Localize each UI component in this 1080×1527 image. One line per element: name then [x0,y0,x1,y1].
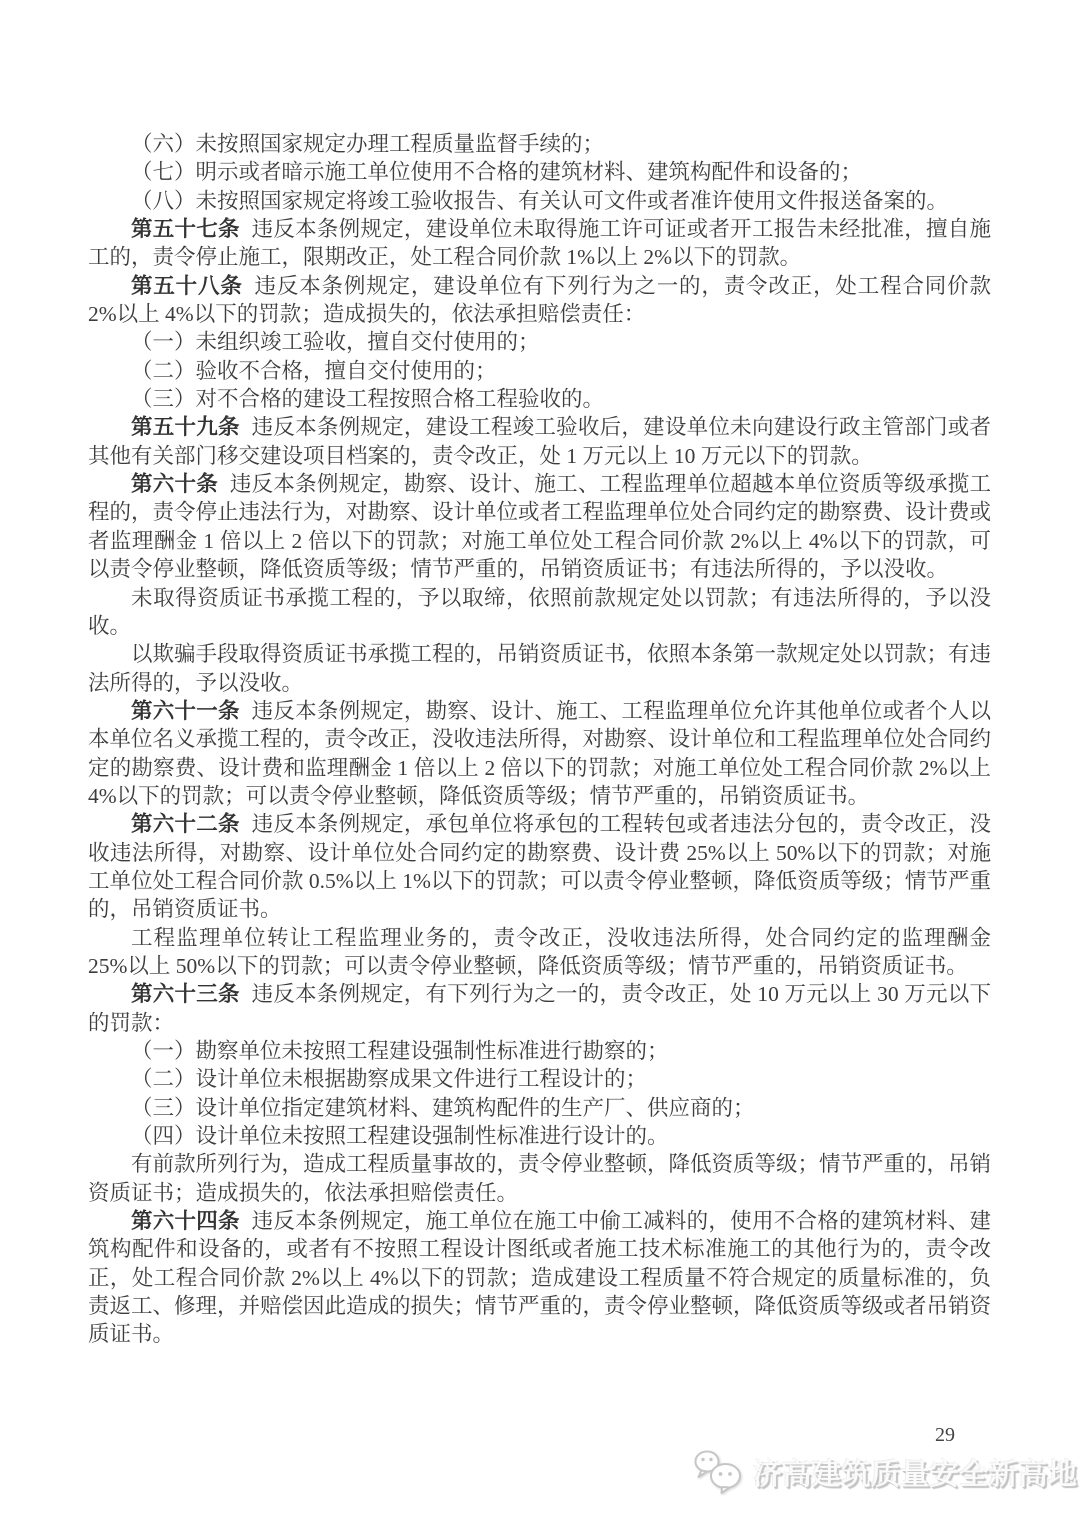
paragraph: （一）勘察单位未按照工程建设强制性标准进行勘察的； [88,1037,991,1065]
article-number: 第五十八条 [131,274,243,298]
paragraph-text: 工程监理单位转让工程监理业务的，责令改正，没收违法所得，处合同约定的监理酬金 2… [88,926,991,978]
paragraph: （三）对不合格的建设工程按照合格工程验收的。 [88,385,991,413]
paragraph: 第六十条违反本条例规定，勘察、设计、施工、工程监理单位超越本单位资质等级承揽工程… [88,470,991,583]
paragraph-text: （二）验收不合格，擅自交付使用的； [131,359,497,383]
article-number: 第六十条 [131,472,218,496]
watermark: 济高建筑质量安全新高地 [692,1448,1078,1496]
paragraph: 未取得资质证书承揽工程的，予以取缔，依照前款规定处以罚款；有违法所得的，予以没收… [88,584,991,641]
paragraph: 第六十四条违反本条例规定，施工单位在施工中偷工减料的，使用不合格的建筑材料、建筑… [88,1207,991,1349]
paragraph: 第五十七条违反本条例规定，建设单位未取得施工许可证或者开工报告未经批准，擅自施工… [88,215,991,272]
paragraph-text: （二）设计单位未根据勘察成果文件进行工程设计的； [131,1067,647,1091]
paragraph-text: （三）对不合格的建设工程按照合格工程验收的。 [131,387,604,411]
paragraph: 第五十八条违反本条例规定，建设单位有下列行为之一的，责令改正，处工程合同价款 2… [88,272,991,329]
document-page: （六）未按照国家规定办理工程质量监督手续的； （七）明示或者暗示施工单位使用不合… [0,0,1080,1527]
paragraph-text: （六）未按照国家规定办理工程质量监督手续的； [131,132,604,156]
article-number: 第六十三条 [131,982,240,1006]
page-number: 29 [925,1424,965,1447]
paragraph: （二）设计单位未根据勘察成果文件进行工程设计的； [88,1065,991,1093]
paragraph: （八）未按照国家规定将竣工验收报告、有关认可文件或者准许使用文件报送备案的。 [88,187,991,215]
watermark-text: 济高建筑质量安全新高地 [753,1452,1078,1493]
paragraph: 第五十九条违反本条例规定，建设工程竣工验收后，建设单位未向建设行政主管部门或者其… [88,413,991,470]
document-body: （六）未按照国家规定办理工程质量监督手续的； （七）明示或者暗示施工单位使用不合… [88,130,991,1349]
paragraph-text: 以欺骗手段取得资质证书承揽工程的，吊销资质证书，依照本条第一款规定处以罚款；有违… [88,642,991,694]
paragraph: （一）未组织竣工验收，擅自交付使用的； [88,328,991,356]
paragraph-text: （八）未按照国家规定将竣工验收报告、有关认可文件或者准许使用文件报送备案的。 [131,189,948,213]
article-number: 第六十一条 [131,699,240,723]
paragraph: 第六十二条违反本条例规定，承包单位将承包的工程转包或者违法分包的，责令改正，没收… [88,810,991,923]
paragraph: （三）设计单位指定建筑材料、建筑构配件的生产厂、供应商的； [88,1094,991,1122]
paragraph: （七）明示或者暗示施工单位使用不合格的建筑材料、建筑构配件和设备的； [88,158,991,186]
paragraph-text: 违反本条例规定，勘察、设计、施工、工程监理单位超越本单位资质等级承揽工程的，责令… [88,472,991,581]
paragraph: 第六十三条违反本条例规定，有下列行为之一的，责令改正，处 10 万元以上 30 … [88,980,991,1037]
paragraph-text: 未取得资质证书承揽工程的，予以取缔，依照前款规定处以罚款；有违法所得的，予以没收… [88,586,991,638]
article-number: 第六十二条 [131,812,240,836]
paragraph: 以欺骗手段取得资质证书承揽工程的，吊销资质证书，依照本条第一款规定处以罚款；有违… [88,640,991,697]
paragraph: （四）设计单位未按照工程建设强制性标准进行设计的。 [88,1122,991,1150]
article-number: 第五十九条 [131,415,240,439]
paragraph-text: 有前款所列行为，造成工程质量事故的，责令停业整顿，降低资质等级；情节严重的，吊销… [88,1152,991,1204]
paragraph-text: （一）勘察单位未按照工程建设强制性标准进行勘察的； [131,1039,669,1063]
paragraph: 工程监理单位转让工程监理业务的，责令改正，没收违法所得，处合同约定的监理酬金 2… [88,924,991,981]
paragraph-text: （七）明示或者暗示施工单位使用不合格的建筑材料、建筑构配件和设备的； [131,160,862,184]
article-number: 第六十四条 [131,1209,240,1233]
paragraph-text: （四）设计单位未按照工程建设强制性标准进行设计的。 [131,1124,669,1148]
paragraph: 第六十一条违反本条例规定，勘察、设计、施工、工程监理单位允许其他单位或者个人以本… [88,697,991,810]
paragraph-text: （三）设计单位指定建筑材料、建筑构配件的生产厂、供应商的； [131,1096,755,1120]
paragraph: （六）未按照国家规定办理工程质量监督手续的； [88,130,991,158]
wechat-icon [692,1448,744,1496]
article-number: 第五十七条 [131,217,240,241]
paragraph: 有前款所列行为，造成工程质量事故的，责令停业整顿，降低资质等级；情节严重的，吊销… [88,1150,991,1207]
paragraph: （二）验收不合格，擅自交付使用的； [88,357,991,385]
paragraph-text: （一）未组织竣工验收，擅自交付使用的； [131,330,540,354]
